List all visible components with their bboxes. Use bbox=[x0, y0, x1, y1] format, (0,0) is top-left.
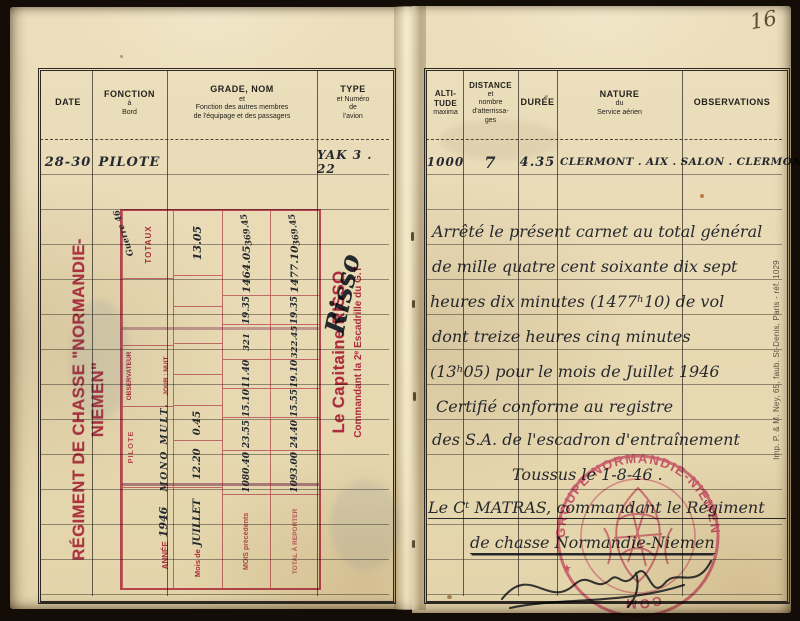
header-label: de l'équipage et des passagers bbox=[194, 113, 291, 122]
value-extra: 322.45 bbox=[290, 326, 300, 359]
stamp-annee-cell: ANNÉE 1946 bbox=[123, 487, 173, 588]
annee-value: 1946 bbox=[157, 507, 170, 538]
header-label: nombre bbox=[479, 99, 503, 108]
certificate-line: dont treize heures cinq minutes bbox=[432, 327, 691, 346]
value-c6: 19.35 bbox=[290, 296, 300, 324]
page-number: 16 bbox=[748, 6, 778, 34]
row-label-printed: MOIS précédents bbox=[243, 513, 250, 570]
stamp-row-total: TOTAL À REPORTER 1093.00 24.40 15.55 19.… bbox=[270, 211, 319, 588]
certificate-line: des S.A. de l'escadron d'entraînement bbox=[432, 430, 740, 449]
value-mult: 0.45 bbox=[192, 411, 203, 435]
logbook-photo: 16 DATE FONCTION à Bord GRADE, NOM et Fo… bbox=[0, 0, 800, 621]
header-label: Service aérien bbox=[597, 109, 642, 118]
certificate-line: Arrêté le présent carnet au total généra… bbox=[432, 222, 762, 241]
printer-credit-vertical: Imp. P. & M. Ney, 65, faub. St-Denis, Pa… bbox=[772, 226, 792, 494]
header-label: NATURE bbox=[600, 89, 640, 100]
value-totaux: 1464.05 bbox=[241, 246, 253, 294]
header-label: et bbox=[239, 96, 245, 105]
header-label: OBSERVATIONS bbox=[694, 97, 771, 108]
totaux-label: TOTAUX bbox=[144, 225, 153, 263]
round-stamp-ring-top: GROUPE NORMANDIE-NIEMEN bbox=[553, 451, 723, 538]
value-guerre: 369.45 bbox=[239, 212, 254, 246]
mono-label: MONO bbox=[160, 450, 170, 492]
certificate-line: Certifié conforme au registre bbox=[436, 397, 673, 416]
binding-stitch bbox=[411, 232, 414, 241]
header-label: et bbox=[488, 91, 494, 100]
row-label-printed: Mois de bbox=[193, 549, 202, 577]
column-header-nature: NATURE du Service aérien bbox=[557, 71, 682, 135]
value-mono: 1093.00 bbox=[290, 452, 300, 493]
annee-label: ANNÉE bbox=[161, 541, 170, 569]
header-label: du bbox=[616, 100, 624, 109]
stamp-observateur-header: OBSERVATEUR JOUR : NUIT bbox=[123, 345, 173, 406]
value-c6: 19.35 bbox=[242, 296, 252, 324]
value-jour: 15.55 bbox=[290, 389, 300, 417]
value-nuit: 19.10 bbox=[290, 360, 300, 388]
mono-mult-hand: MONO MULT. bbox=[160, 402, 170, 491]
header-label: DURÉE bbox=[520, 97, 554, 108]
value-mult: 24.40 bbox=[290, 420, 300, 448]
stamp-pilote-header: PILOTE MONO MULT. bbox=[123, 406, 173, 487]
jour-nuit-label: JOUR : NUIT bbox=[163, 357, 170, 396]
header-label: Bord bbox=[122, 109, 137, 118]
entry-avion-type: YAK 3 . 22 bbox=[317, 149, 393, 175]
value-totaux: 13.05 bbox=[191, 226, 204, 260]
header-label: maxima bbox=[433, 109, 458, 118]
header-label: ALTI- bbox=[435, 89, 456, 99]
entry-fonction: PILOTE bbox=[92, 149, 167, 175]
header-label: à bbox=[128, 100, 132, 109]
certificate-line: de mille quatre cent soixante dix sept bbox=[432, 257, 737, 276]
ink-bleed-smudge bbox=[440, 120, 560, 160]
regiment-stamp-table: ANNÉE 1946 PILOTE MONO MULT. OBSERVATEUR… bbox=[120, 209, 321, 590]
header-label: TYPE bbox=[340, 84, 366, 95]
header-label: et Numéro bbox=[337, 96, 370, 105]
stamp-row-precedents: MOIS précédents 1080.40 23.55 15.10 11.4… bbox=[222, 211, 271, 588]
binding-stitch bbox=[412, 300, 415, 308]
mult-label: MULT. bbox=[160, 402, 170, 444]
row-label: Mois de JUILLET bbox=[174, 487, 222, 588]
stamp-totaux-header: TOTAUX Guerre 46 bbox=[123, 211, 173, 278]
paper-speck bbox=[120, 55, 123, 58]
value-guerre: 369.45 bbox=[287, 212, 302, 246]
value-extra: 321 bbox=[242, 333, 252, 351]
row-label-printed: TOTAL À REPORTER bbox=[292, 509, 299, 574]
printer-credit-text: Imp. P. & M. Ney, 65, faub. St-Denis, Pa… bbox=[772, 226, 792, 494]
header-label: TUDE bbox=[434, 99, 457, 109]
stamp-spare-header bbox=[123, 278, 173, 345]
value-mono: 12.20 bbox=[192, 448, 203, 479]
binding-stitch bbox=[413, 392, 416, 401]
matras-signature bbox=[498, 545, 716, 617]
value-mono: 1080.40 bbox=[242, 452, 252, 493]
stamp-header-row: ANNÉE 1946 PILOTE MONO MULT. OBSERVATEUR… bbox=[122, 211, 173, 588]
header-label: DATE bbox=[55, 97, 81, 108]
binding-stitch bbox=[412, 540, 415, 548]
paper-speck bbox=[545, 95, 548, 98]
header-label: de bbox=[349, 104, 357, 113]
header-label: d'atterrissa- bbox=[472, 108, 508, 117]
column-header-fonction: FONCTION à Bord bbox=[92, 71, 167, 135]
entry-date: 28-30 bbox=[44, 149, 92, 175]
ink-bleed-smudge bbox=[330, 480, 400, 570]
column-header-observations: OBSERVATIONS bbox=[682, 71, 782, 135]
paper-speck bbox=[447, 595, 452, 599]
paper-speck bbox=[700, 194, 704, 198]
entry-nature-service: CLERMONT . AIX . SALON . CLERMONT bbox=[560, 149, 784, 175]
value-totaux: 1477.10 bbox=[289, 246, 301, 294]
value-jour: 15.10 bbox=[242, 389, 252, 417]
header-label: Fonction des autres membres bbox=[196, 104, 289, 113]
column-header-grade-nom: GRADE, NOM et Fonction des autres membre… bbox=[167, 71, 317, 135]
guerre-note-hand: Guerre 46 bbox=[112, 209, 136, 258]
row-label-hand: JUILLET bbox=[192, 499, 203, 546]
value-nuit: 11.40 bbox=[242, 360, 252, 388]
ink-bleed-smudge bbox=[70, 300, 130, 420]
header-label: DISTANCE bbox=[469, 81, 512, 91]
value-mult: 23.55 bbox=[242, 420, 252, 448]
header-divider bbox=[40, 139, 389, 140]
header-label: GRADE, NOM bbox=[210, 84, 274, 95]
svg-text:GROUPE NORMANDIE-NIEMEN: GROUPE NORMANDIE-NIEMEN bbox=[553, 451, 723, 538]
certificate-line: (13ʰ05) pour le mois de Juillet 1946 bbox=[430, 362, 720, 381]
column-header-date: DATE bbox=[44, 71, 92, 135]
header-label: FONCTION bbox=[104, 89, 155, 100]
stamp-row-juillet: Mois de JUILLET 12.20 0.45 13.05 bbox=[173, 211, 222, 588]
column-header-type-avion: TYPE et Numéro de l'avion bbox=[317, 71, 389, 135]
header-label: l'avion bbox=[343, 113, 363, 122]
pilote-label: PILOTE bbox=[126, 430, 135, 463]
certificate-line: heures dix minutes (1477ʰ10) de vol bbox=[430, 292, 724, 311]
